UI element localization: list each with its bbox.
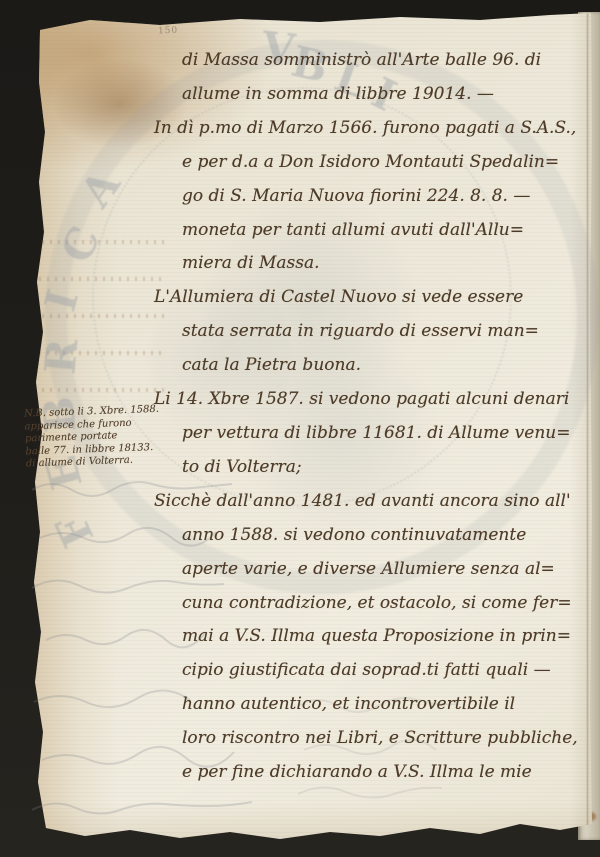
manuscript-line: per vettura di libbre 11681. di Allume v…: [152, 417, 598, 451]
show-through-speckles: [31, 351, 163, 355]
manuscript-line: In dì p.mo di Marzo 1566. furono pagati …: [152, 112, 598, 146]
show-through-speckles: [34, 388, 166, 392]
manuscript-line: di Massa somministrò all'Arte balle 96. …: [152, 44, 598, 78]
manuscript-line: e per fine dichiarando a V.S. Illma le m…: [152, 756, 598, 790]
manuscript-line: miera di Massa.: [152, 247, 598, 281]
folio-number: 150: [158, 26, 179, 37]
scanned-page: 150 VBLIACIRBEF: [0, 0, 600, 857]
show-through-speckles: [34, 314, 166, 318]
manuscript-line: cuna contradizione, et ostacolo, si come…: [152, 587, 598, 621]
manuscript-line: hanno autentico, et incontrovertibile il: [152, 688, 598, 722]
show-through-speckles: [34, 240, 166, 244]
manuscript-line: Sicchè dall'anno 1481. ed avanti ancora …: [152, 485, 598, 519]
manuscript-line: moneta per tanti allumi avuti dall'Allu=: [152, 214, 598, 248]
manuscript-line: to di Volterra;: [152, 451, 598, 485]
manuscript-line: aperte varie, e diverse Allumiere senza …: [152, 553, 598, 587]
manuscript-line: cata la Pietra buona.: [152, 349, 598, 383]
manuscript-line: L'Allumiera di Castel Nuovo si vede esse…: [152, 281, 598, 315]
manuscript-line: anno 1588. si vedono continuvatamente: [152, 519, 598, 553]
manuscript-line: Li 14. Xbre 1587. si vedono pagati alcun…: [152, 383, 598, 417]
manuscript-text: di Massa somministrò all'Arte balle 96. …: [152, 44, 598, 790]
manuscript-line: cipio giustificata dai soprad.ti fatti q…: [152, 654, 598, 688]
manuscript-line: mai a V.S. Illma questa Proposizione in …: [152, 620, 598, 654]
manuscript-line: e per d.a a Don Isidoro Montauti Spedali…: [152, 146, 598, 180]
marginal-note: N.B. sotto li 3. Xbre. 1588.apparisce ch…: [24, 404, 168, 472]
manuscript-line: stata serrata in riguardo di esservi man…: [152, 315, 598, 349]
manuscript-line: loro riscontro nei Libri, e Scritture pu…: [152, 722, 598, 756]
manuscript-line: go di S. Maria Nuova fiorini 224. 8. 8. …: [152, 180, 598, 214]
manuscript-line: allume in somma di libbre 19014. —: [152, 78, 598, 112]
show-through-speckles: [31, 277, 163, 281]
